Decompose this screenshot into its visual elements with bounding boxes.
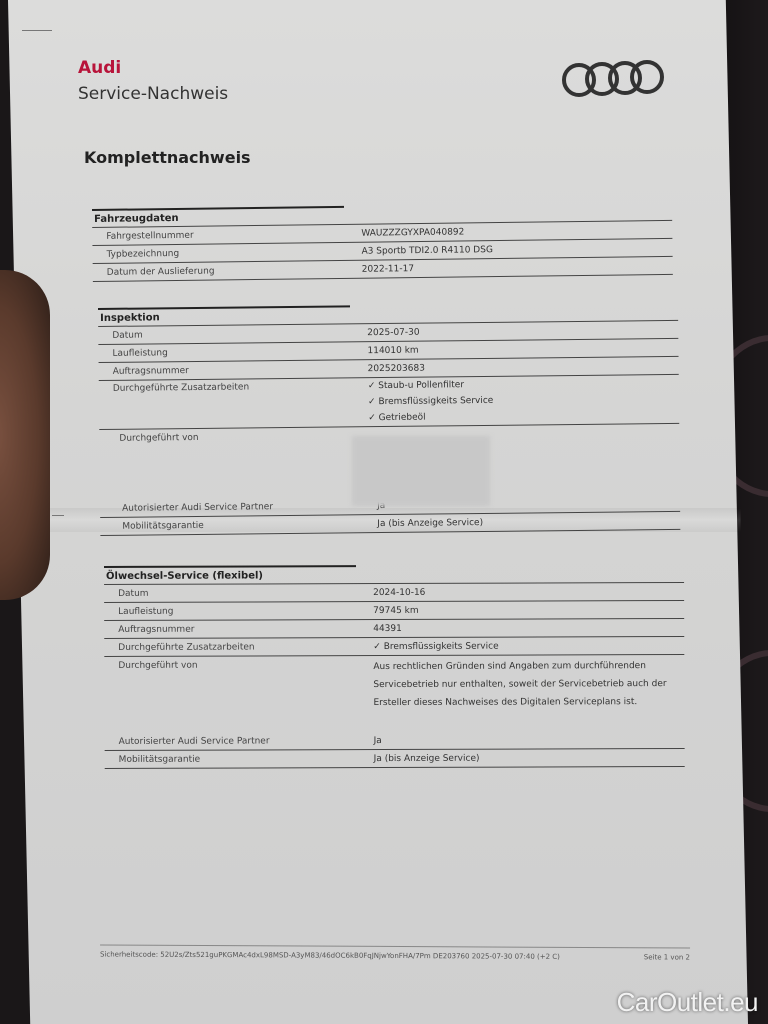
list-item: ✓ Bremsflüssigkeits Service <box>373 640 684 651</box>
row-value: Ja <box>374 734 685 745</box>
row-label: Datum <box>104 588 373 599</box>
section-oelwechsel: Ölwechsel-Service (flexibel) Datum 2024-… <box>104 564 685 769</box>
watermark: CarOutlet.eu <box>617 987 758 1018</box>
footer-divider <box>100 944 690 948</box>
row-value: 114010 km <box>367 342 678 355</box>
row-label: Durchgeführte Zusatzarbeiten <box>99 378 368 394</box>
row-label: Mobilitätsgarantie <box>100 519 377 532</box>
page-title: Komplettnachweis <box>84 148 251 167</box>
service-document: Audi Service-Nachweis Komplettnachweis F… <box>0 0 768 1024</box>
redacted-area <box>352 436 490 506</box>
row-label: Datum <box>98 328 367 341</box>
table-row: Autorisierter Audi Service Partner Ja <box>105 731 685 751</box>
document-footer: Sicherheitscode: 52U2s/Zts521guPKGMAc4dx… <box>100 950 690 961</box>
row-label: Laufleistung <box>104 606 373 617</box>
model-value: A3 Sportb TDI2.0 R4110 DSG <box>361 242 672 256</box>
table-row: Datum 2024-10-16 <box>104 582 684 603</box>
row-label: Autorisierter Audi Service Partner <box>105 736 374 747</box>
check-icon: ✓ <box>368 381 376 391</box>
table-row: Auftragsnummer 44391 <box>104 619 684 639</box>
section-title: Ölwechsel-Service (flexibel) <box>104 565 356 584</box>
row-label: Durchgeführt von <box>104 656 373 671</box>
row-value: 2024-10-16 <box>373 586 684 597</box>
table-row: Durchgeführte Zusatzarbeiten ✓ Bremsflüs… <box>104 637 684 657</box>
row-value: 79745 km <box>373 604 684 615</box>
row-label: Autorisierter Audi Service Partner <box>100 501 377 514</box>
row-label: Fahrgestellnummer <box>92 228 361 241</box>
extra-work-list: ✓ Staub-u Pollenfilter ✓ Bremsflüssigkei… <box>368 375 679 426</box>
list-item: ✓ Getriebeöl <box>368 407 679 426</box>
row-value: 44391 <box>373 622 684 633</box>
row-label: Datum der Auslieferung <box>93 264 362 277</box>
row-label: Durchgeführte Zusatzarbeiten <box>104 642 373 653</box>
table-row: Durchgeführt von Aus rechtlichen Gründen… <box>104 655 684 727</box>
row-value: Ja (bis Anzeige Service) <box>374 752 685 763</box>
row-value: 2025-07-30 <box>367 324 678 337</box>
paper-mark <box>52 515 64 516</box>
paper-mark <box>22 30 52 31</box>
audi-four-rings-icon <box>560 58 666 100</box>
vin-value: WAUZZZGYXPA040892 <box>361 224 672 238</box>
check-icon: ✓ <box>368 397 376 407</box>
check-icon: ✓ <box>373 642 381 652</box>
page-number: Seite 1 von 2 <box>644 953 690 961</box>
table-row: Mobilitätsgarantie Ja (bis Anzeige Servi… <box>105 749 685 769</box>
table-row: Laufleistung 79745 km <box>104 601 684 621</box>
row-label: Auftragsnummer <box>99 364 368 377</box>
table-row: Durchgeführte Zusatzarbeiten ✓ Staub-u P… <box>99 375 679 430</box>
row-value: Ja (bis Anzeige Service) <box>377 515 680 528</box>
section-fahrzeugdaten: Fahrzeugdaten Fahrgestellnummer WAUZZZGY… <box>92 202 673 282</box>
row-label: Mobilitätsgarantie <box>105 754 374 765</box>
row-label: Laufleistung <box>98 346 367 359</box>
delivery-date-value: 2022-11-17 <box>362 260 673 274</box>
security-code: Sicherheitscode: 52U2s/Zts521guPKGMAc4dx… <box>100 950 560 960</box>
check-icon: ✓ <box>368 413 376 423</box>
row-value: 2025203683 <box>368 360 679 373</box>
row-label: Typbezeichnung <box>92 246 361 259</box>
brand-name: Audi <box>78 58 121 78</box>
legal-note: Aus rechtlichen Gründen sind Angaben zum… <box>373 655 684 712</box>
document-subtitle: Service-Nachweis <box>78 84 228 104</box>
row-label: Durchgeführt von <box>99 427 374 444</box>
row-label: Auftragsnummer <box>104 624 373 635</box>
